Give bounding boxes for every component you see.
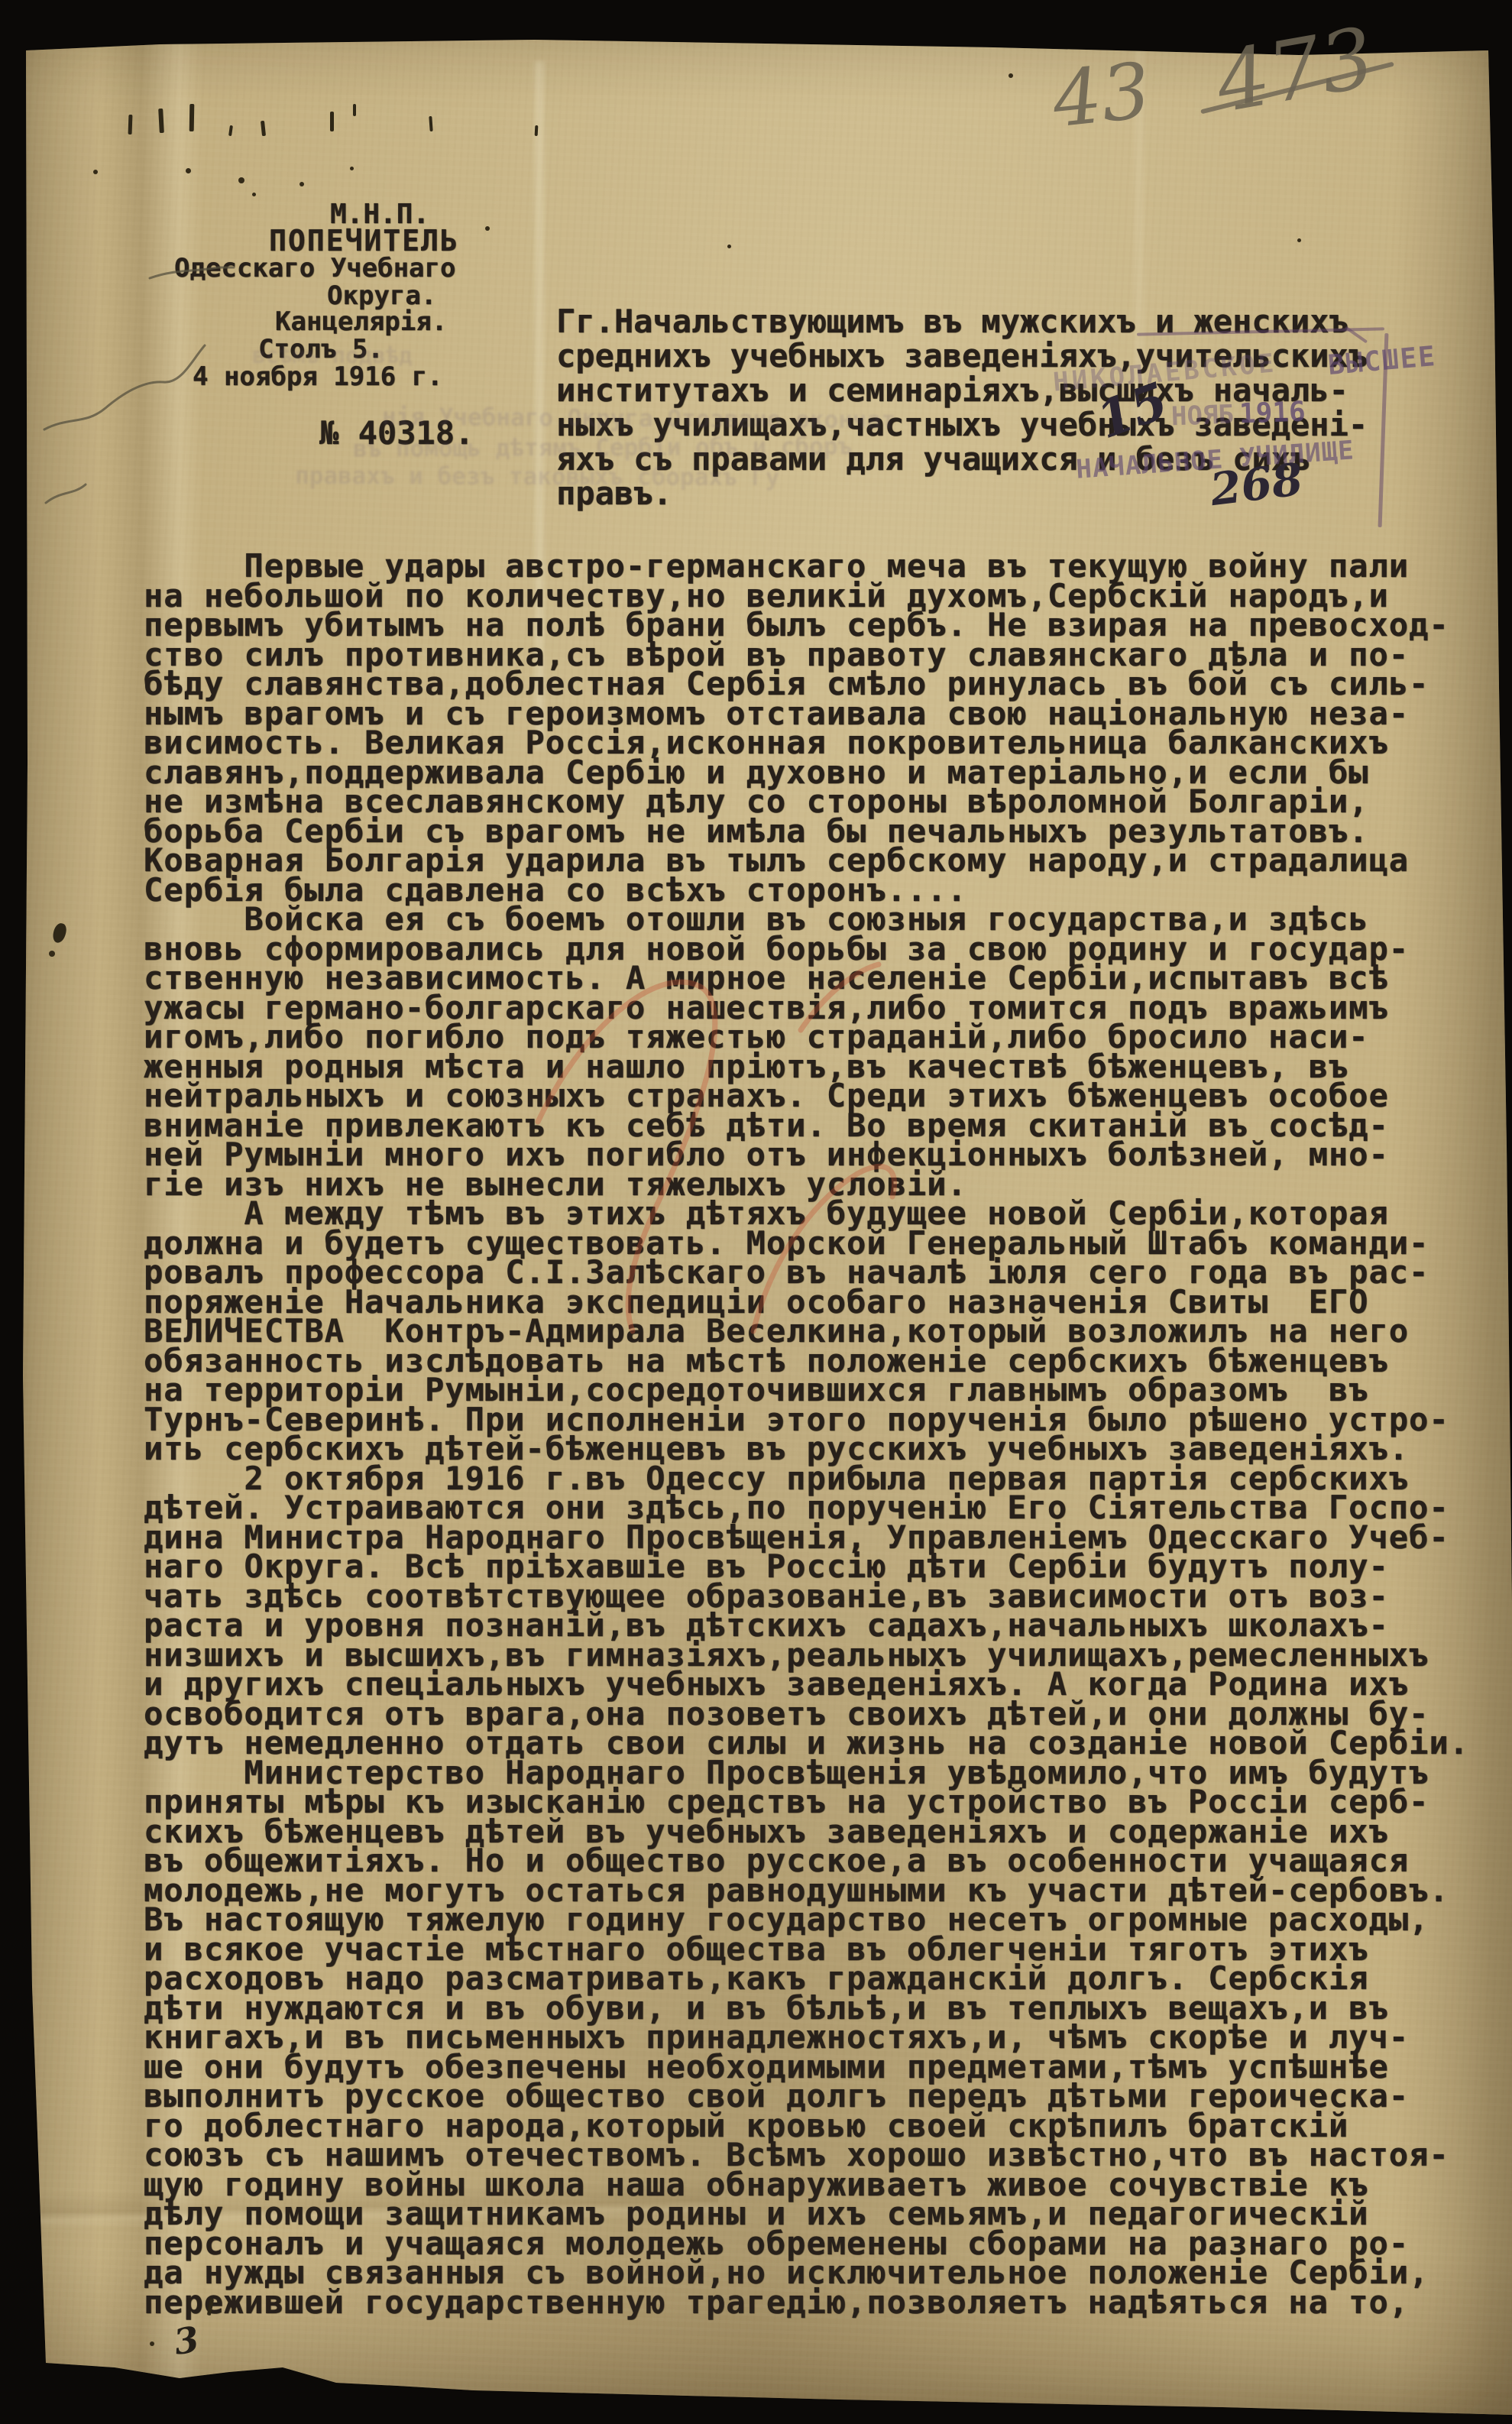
ink-dot xyxy=(186,168,191,173)
pencil-archive-number: 43 xyxy=(1048,46,1154,145)
ink-dot xyxy=(93,170,98,174)
ink-speck xyxy=(330,112,334,131)
body-line: пережившей государственную трагедію,позв… xyxy=(144,2288,1469,2318)
ink-speck xyxy=(353,104,356,116)
ink-speck xyxy=(189,104,195,131)
ink-speck xyxy=(535,125,539,136)
ink-dot xyxy=(252,193,256,196)
letterhead-date: 4 ноября 1916 г. xyxy=(193,364,443,390)
stamp-year: 1916 xyxy=(1238,396,1306,429)
stamp-month: НОЯБ xyxy=(1170,400,1234,433)
ink-dot xyxy=(485,226,490,231)
archival-photo-page: { "colors": { "paper": "#c4b081", "ink":… xyxy=(0,0,1512,2424)
letterhead-office: Канцелярія. xyxy=(275,309,447,335)
ink-dot xyxy=(727,245,731,248)
ink-dot xyxy=(299,182,304,186)
letterhead-district: Одесскаго Учебнаго xyxy=(174,255,455,281)
ink-speck xyxy=(128,115,133,134)
letterhead-okruga: Округа. xyxy=(327,283,436,309)
ink-dot xyxy=(150,2341,154,2346)
letterhead-desk: Столъ 5. xyxy=(258,336,384,362)
ink-dot xyxy=(1009,73,1013,78)
letterhead-title: ПОПЕЧИТЕЛЬ xyxy=(269,228,459,254)
ink-dot xyxy=(238,177,244,183)
ink-dot xyxy=(49,951,55,957)
ink-dot xyxy=(350,167,354,170)
body-text: Первые удары австро-германскаго меча въ … xyxy=(144,477,1469,2317)
ink-dot xyxy=(1297,238,1301,242)
document-number: № 40318. xyxy=(319,420,474,446)
